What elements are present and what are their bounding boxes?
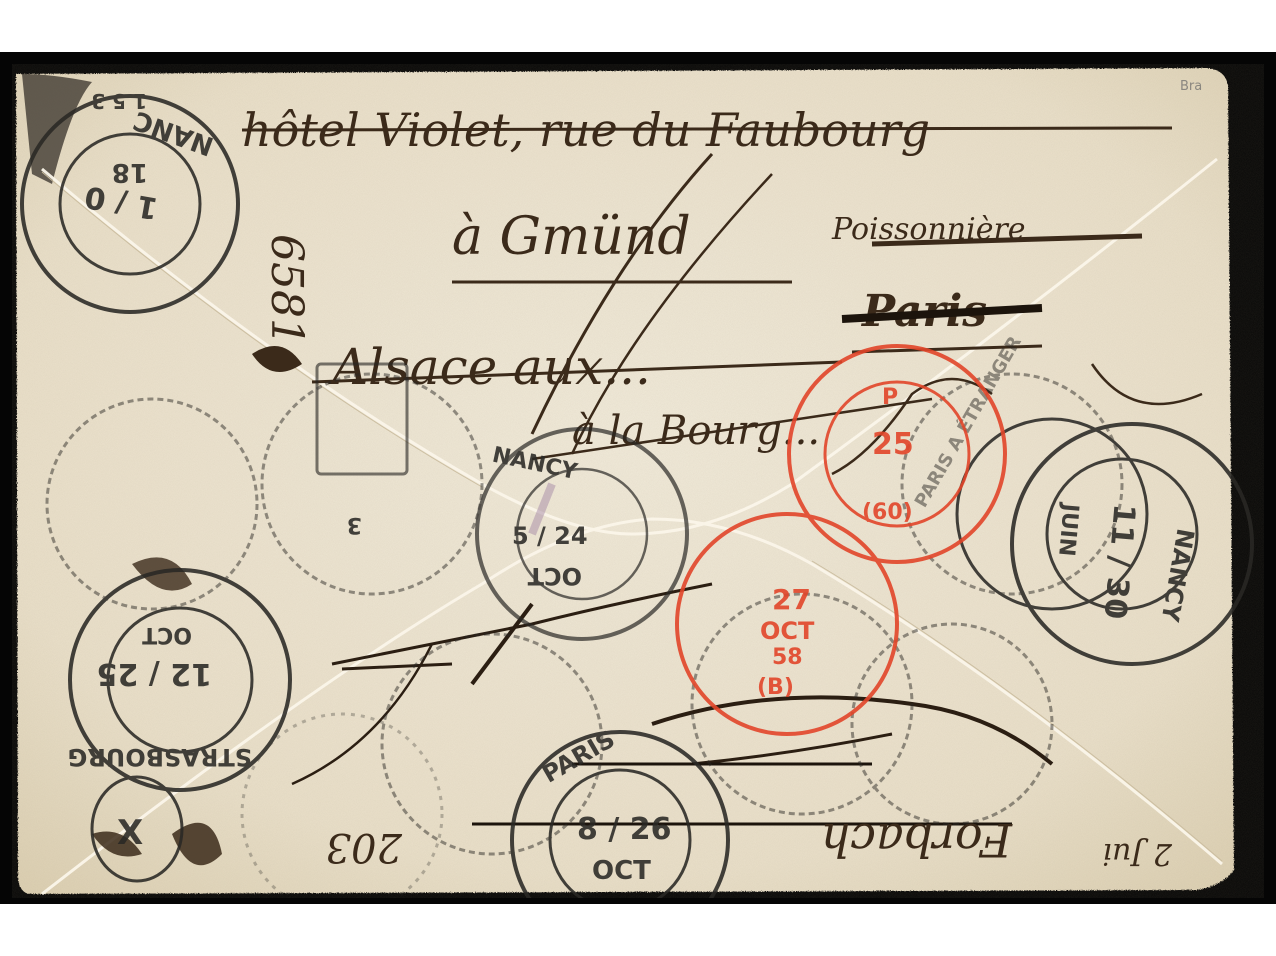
svg-text:OCT: OCT bbox=[760, 617, 815, 645]
svg-text:18: 18 bbox=[112, 157, 148, 187]
svg-text:OCT: OCT bbox=[527, 562, 582, 590]
svg-text:(60): (60) bbox=[862, 500, 913, 525]
svg-text:STRASBOURG: STRASBOURG bbox=[68, 743, 252, 771]
manuscript-number: 6581 bbox=[261, 234, 312, 346]
svg-text:25: 25 bbox=[872, 427, 914, 462]
manuscript-bottom-left: 203 bbox=[326, 824, 403, 870]
svg-text:(B): (B) bbox=[757, 675, 794, 700]
corner-pencil-note: Bra bbox=[1180, 79, 1202, 94]
manuscript-bottom-right: Forbach bbox=[821, 813, 1013, 867]
svg-text:3: 3 bbox=[347, 512, 362, 537]
svg-text:58: 58 bbox=[772, 645, 803, 670]
svg-text:1 5 3: 1 5 3 bbox=[91, 89, 147, 113]
manuscript-line-alsace: Alsace aux... bbox=[328, 338, 651, 396]
svg-text:P: P bbox=[882, 385, 898, 410]
manuscript-line-gmund: à Gmünd bbox=[452, 207, 691, 267]
svg-text:5 / 24: 5 / 24 bbox=[512, 522, 588, 550]
svg-text:27: 27 bbox=[772, 583, 811, 616]
svg-text:OCT: OCT bbox=[592, 856, 651, 886]
manuscript-bottom-right-extra: 2 Jui bbox=[1102, 836, 1173, 871]
svg-text:JUIN: JUIN bbox=[1053, 501, 1083, 558]
svg-text:OCT: OCT bbox=[142, 622, 192, 647]
svg-text:12 / 25: 12 / 25 bbox=[97, 656, 212, 691]
envelope-back: hôtel Violet, rue du Faubourg à Gmünd Po… bbox=[12, 64, 1264, 898]
svg-text:8 / 26: 8 / 26 bbox=[577, 812, 671, 847]
svg-text:X: X bbox=[117, 813, 143, 853]
